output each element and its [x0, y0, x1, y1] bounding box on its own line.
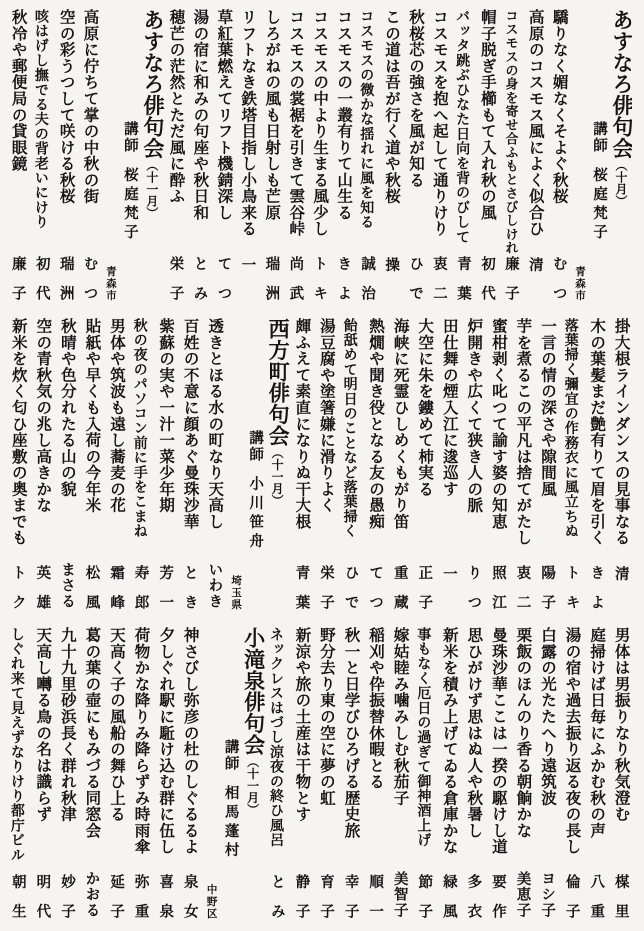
section-title: 小滝泉俳句会（十一月） [238, 627, 264, 919]
haiku-column: 栗飯のほんのり香る朝餉かな 美恵子 [511, 627, 534, 919]
haiku-author: 静子 [294, 874, 309, 919]
haiku-author: 初代 [34, 256, 49, 301]
haiku-text: コスモスの裳裾を引きて雲谷峠 [287, 9, 303, 237]
haiku-column: 秋一と日学びひろげる歴史旅 幸子 [339, 627, 362, 919]
section-title-month: （十一月） [270, 447, 284, 507]
haiku-text: この道は吾が行く道や秋桜 [383, 9, 399, 204]
haiku-author: 松風 [84, 565, 99, 610]
haiku-column: 湯豆腐や塗箸嫌に滑りよく 栄子 [314, 318, 337, 610]
haiku-text: 野分去り東の空に夢の虹 [318, 627, 334, 806]
haiku-column: ネックレスはづし涼夜の終ひ風呂 とみ [265, 627, 288, 919]
haiku-text: 木の葉髪まだ艶有りて眉を引く [588, 318, 604, 546]
haiku-column: 荷物かな降りみ降らずみ時雨傘 弥重 [129, 627, 152, 919]
section-title-text: 小滝泉俳句会 [242, 627, 265, 756]
haiku-text: 湯豆腐や塗箸嫌に滑りよく [318, 318, 334, 513]
haiku-author: 一 [240, 257, 255, 272]
haiku-author: 一 [441, 566, 456, 581]
section-lecturer: 講師桜庭梵子 [585, 9, 606, 301]
haiku-author: てつ [216, 256, 231, 301]
haiku-column: 天高し囀る鳥の名は識らず 明代 [31, 627, 54, 919]
haiku-author: 要作 [490, 874, 505, 919]
haiku-band: 掛大根ラインダンスの見事なる 清 木の葉髪まだ艶有りて眉を引く きよ 落葉掃く彌… [6, 318, 632, 610]
haiku-text: 白露の光たたへり遠筑波 [539, 627, 555, 806]
haiku-text: バッタ跳ぶひなた日向を背のびして [455, 9, 470, 244]
haiku-column: コスモスの微かな揺れに風を知る 誠治 [355, 9, 378, 301]
haiku-column: この道は吾が行く道や秋桜 操 [379, 9, 402, 301]
haiku-column: 新米を炊く匂ひ座敷の奥までも トク [6, 318, 29, 610]
haiku-author: 瑞洲 [58, 256, 73, 301]
section-title-text: あすなろ俳句会 [610, 9, 632, 159]
haiku-author: トキ [312, 256, 327, 301]
haiku-author: 誠治 [360, 256, 375, 301]
haiku-text: 曼珠沙華ここは一揆の駆けし道 [490, 627, 506, 855]
haiku-column: コスモスの一叢有りて山生る きよ [331, 9, 354, 301]
haiku-text: コスモスの中より生まる風少し [311, 9, 327, 237]
haiku-text: 熱燗や聞き役となる友の愚痴 [367, 318, 383, 530]
lecturer-label: 講師 [247, 430, 263, 463]
haiku-column: 葛の葉の壺にもみづる同窓会 かおる [80, 627, 103, 919]
haiku-text: 空の彩うつして咲ける秋桜 [57, 9, 73, 204]
haiku-column: 落葉掃く彌宜の作務衣に風立ちぬ トキ [560, 318, 583, 610]
haiku-author: りつ [466, 565, 481, 610]
section-header: 小滝泉俳句会（十一月） 講師相馬蓬村 中野区 [203, 627, 264, 919]
haiku-column: 高原のコスモス風によく似合ひ 清 [523, 9, 546, 301]
haiku-text: 稲刈や伜振替休暇とる [367, 627, 383, 790]
haiku-column: 野分去り東の空に夢の虹 育子 [314, 627, 337, 919]
haiku-author: 初代 [479, 256, 494, 301]
haiku-text: 穂芒の茫然とただ風に酔ふ [167, 9, 183, 204]
section-place-text: 中野区 [203, 884, 217, 919]
haiku-author: 泉女 [182, 874, 197, 919]
haiku-author: 衷二 [515, 565, 530, 610]
haiku-text: 海峡に死霊ひしめくもがり笛 [391, 318, 407, 530]
section-title-text: 西方町俳句会 [266, 318, 289, 447]
haiku-text: コスモスの微かな揺れに風を知る [360, 9, 375, 230]
haiku-author: 倫子 [564, 874, 579, 919]
haiku-author: むつ [82, 256, 97, 301]
haiku-author: 寿郎 [133, 565, 148, 610]
haiku-author: 栄子 [168, 256, 183, 301]
haiku-column: 新涼や旅の土産は干物とす 静子 [290, 627, 313, 919]
haiku-author: 衷二 [432, 256, 447, 301]
haiku-column: 夕しぐれ駅に駈け込む群に伍し 喜泉 [153, 627, 176, 919]
haiku-author: 陽子 [540, 565, 555, 610]
haiku-author: 喜泉 [158, 874, 173, 919]
haiku-author: トキ [564, 565, 579, 610]
haiku-column: 百姓の不意に顔あぐ曼珠沙華 とき [178, 318, 201, 610]
haiku-author: 清 [613, 566, 628, 581]
haiku-column: 湯の宿や過去振り返る夜の長し 倫子 [560, 627, 583, 919]
section-lecturer: 講師小川笹舟 [241, 318, 262, 610]
section-header: 西方町俳句会（十一月） 講師小川笹舟 埼玉県 [227, 318, 288, 610]
haiku-text: 新米を積み上げてゐる倉庫かな [440, 627, 456, 855]
haiku-author: 妙子 [59, 874, 74, 919]
haiku-column: 稲刈や伜振替休暇とる 順一 [363, 627, 386, 919]
haiku-author: 正子 [417, 565, 432, 610]
haiku-text: 九十九里砂浜長く群れ秋津 [59, 627, 75, 822]
haiku-author: かおる [84, 871, 99, 919]
section-header: あすなろ俳句会（十月） 講師桜庭梵子 青森市 [571, 9, 632, 301]
haiku-text: 驕りなく媚なくそよぐ秋桜 [550, 9, 566, 204]
haiku-author: 青葉 [455, 256, 470, 301]
haiku-text: しろがねの風も日射しも芒原 [263, 9, 279, 221]
haiku-column: 海峡に死霊ひしめくもがり笛 重蔵 [388, 318, 411, 610]
haiku-column: 熱燗や聞き役となる友の愚痴 てつ [363, 318, 386, 610]
haiku-author: 芳一 [158, 565, 173, 610]
haiku-text: 蜜柑剥く叱つて諭す婆の知恵 [490, 318, 506, 530]
section-title-month: （十一月） [145, 159, 159, 219]
haiku-column: 天高く子の風船の舞ひ上る 延子 [104, 627, 127, 919]
haiku-column: 秋の夜のパソコン前に手をこまね 寿郎 [129, 318, 152, 610]
haiku-author: 尚武 [288, 256, 303, 301]
section-place: 中野区 [203, 627, 217, 919]
lecturer-label: 講師 [223, 739, 239, 772]
haiku-author: 明代 [35, 874, 50, 919]
haiku-column: 湯の宿に和みの句座や秋日和 とみ [188, 9, 211, 301]
haiku-text: 栗飯のほんのり香る朝餉かな [514, 627, 530, 839]
haiku-text: コスモスを抱へ起して通りけり [431, 9, 447, 237]
section-place-text: 埼玉県 [227, 575, 241, 610]
haiku-text: リフトなき鉄塔目指し小鳥来る [239, 9, 255, 237]
haiku-author: まさる [59, 562, 74, 610]
lecturer-name: 桜庭梵子 [592, 167, 607, 244]
haiku-column: 神さびし弥彦の杜のしぐるるよ 泉女 [178, 627, 201, 919]
haiku-author: 延子 [109, 874, 124, 919]
haiku-text: 思ひがけず思はぬ人や秋暑し [465, 627, 481, 839]
haiku-author: 弥重 [133, 874, 148, 919]
section-header: あすなろ俳句会（十一月） 講師桜庭梵子 青森市 [102, 9, 163, 301]
haiku-text: 秋冷や郵便局の貸眼鏡 [9, 9, 25, 172]
haiku-column: 秋晴や色分れたる山の貌 まさる [55, 318, 78, 610]
haiku-column: 透きとほる水の町なり天高し いわき [203, 318, 226, 610]
haiku-band: あすなろ俳句会（十月） 講師桜庭梵子 青森市 驕りなく媚なくそよぐ秋桜 むつ 高… [6, 9, 632, 301]
haiku-author: ひで [343, 565, 358, 610]
haiku-author: 楳里 [613, 874, 628, 919]
haiku-author: 廉子 [503, 256, 518, 301]
haiku-column: 炉開きや広くて狭き人の脈 りつ [462, 318, 485, 610]
haiku-text: 大空に朱を鏤めて柿実る [416, 318, 432, 497]
section-title: あすなろ俳句会（十一月） [137, 9, 163, 301]
haiku-author: 八重 [589, 874, 604, 919]
haiku-column: 嫁姑睦み噛みしむ秋茄子 美智子 [388, 627, 411, 919]
haiku-column: 事もなく厄日の過ぎて御神酒上げ 節子 [413, 627, 436, 919]
haiku-text: 神さびし弥彦の杜のしぐるるよ [181, 627, 197, 855]
haiku-text: 秋の夜のパソコン前に手をこまね [133, 318, 148, 539]
haiku-column: 高原に佇ちて掌の中秋の街 むつ [78, 9, 101, 301]
haiku-author: 英雄 [35, 565, 50, 610]
haiku-column: 思ひがけず思はぬ人や秋暑し 多衣 [462, 627, 485, 919]
haiku-text: 庭掃けば日毎にふかむ秋の声 [588, 627, 604, 839]
section-title: 西方町俳句会（十一月） [262, 318, 288, 610]
haiku-text: 草紅葉燃えてリフト機錆深し [215, 9, 231, 221]
haiku-author: 節子 [417, 874, 432, 919]
haiku-column: コスモスの裳裾を引きて雲谷峠 尚武 [284, 9, 307, 301]
haiku-text: 天高く子の風船の舞ひ上る [108, 627, 124, 822]
lecturer-label: 講師 [591, 121, 607, 154]
haiku-column: 芋を煮るこの平凡は捨てがたし 衷二 [511, 318, 534, 610]
haiku-text: 秋一と日学びひろげる歴史旅 [342, 627, 358, 839]
haiku-text: 秋桜芯の強さを風が知る [407, 9, 423, 188]
haiku-author: きよ [589, 565, 604, 610]
haiku-author: 清 [527, 257, 542, 272]
haiku-text: コスモスの身を寄せ合ふもとさびしけれ [504, 9, 518, 255]
haiku-magazine-page: あすなろ俳句会（十月） 講師桜庭梵子 青森市 驕りなく媚なくそよぐ秋桜 むつ 高… [0, 0, 644, 931]
haiku-column: リフトなき鉄塔目指し小鳥来る 一 [236, 9, 259, 301]
lecturer-name: 小川笹舟 [248, 476, 263, 553]
haiku-column: 一言の情の深さや隙間風 陽子 [535, 318, 558, 610]
haiku-author: 栄子 [319, 565, 334, 610]
haiku-column: 貼紙や早くも入荷の今年米 松風 [80, 318, 103, 610]
section-place: 埼玉県 [227, 318, 241, 610]
haiku-column: 空の青秋気の兆し高きかな 英雄 [31, 318, 54, 610]
haiku-column: 九十九里砂浜長く群れ秋津 妙子 [55, 627, 78, 919]
haiku-column: 紫蘇の実や一汁一菜少年期 芳一 [153, 318, 176, 610]
haiku-column: バッタ跳ぶひなた日向を背のびして 青葉 [451, 9, 474, 301]
haiku-author: とみ [269, 874, 284, 919]
haiku-author: 瑞洲 [264, 256, 279, 301]
section-place: 青森市 [571, 9, 585, 301]
haiku-text: 貼紙や早くも入荷の今年米 [83, 318, 99, 513]
haiku-column: しぐれ来て見えずなりけり都庁ビル 朝生 [6, 627, 29, 919]
haiku-text: 湯の宿に和みの句座や秋日和 [191, 9, 207, 221]
haiku-column: 秋冷や郵便局の貸眼鏡 廉子 [6, 9, 29, 301]
haiku-text: 炉開きや広くて狭き人の脈 [465, 318, 481, 513]
haiku-text: 咳はげし撫でる夫の背老いにけり [34, 9, 49, 230]
haiku-column: 白露の光たたへり遠筑波 ヨシ子 [535, 627, 558, 919]
haiku-author: きよ [336, 256, 351, 301]
haiku-column: 蜜柑剥く叱つて諭す婆の知恵 照江 [486, 318, 509, 610]
haiku-author: てつ [368, 565, 383, 610]
haiku-text: 新米を炊く匂ひ座敷の奥までも [9, 318, 25, 546]
haiku-column: 穂芒の茫然とただ風に酔ふ 栄子 [164, 9, 187, 301]
haiku-text: 透きとほる水の町なり天高し [206, 318, 222, 530]
haiku-text: ネックレスはづし涼夜の終ひ風呂 [269, 627, 284, 848]
haiku-column: 皹ふえて素直になりぬ干大根 青葉 [290, 318, 313, 610]
section-lecturer: 講師相馬蓬村 [217, 627, 238, 919]
haiku-column: 飴舐めて明日のことなど落葉掃く ひで [339, 318, 362, 610]
haiku-author: むつ [551, 256, 566, 301]
haiku-text: 高原に佇ちて掌の中秋の街 [81, 9, 97, 204]
haiku-text: 掛大根ラインダンスの見事なる [612, 318, 628, 546]
haiku-text: 新涼や旅の土産は干物とす [293, 627, 309, 822]
haiku-column: 男体や筑波も遠し蕎麦の花 霜峰 [104, 318, 127, 610]
haiku-text: 皹ふえて素直になりぬ干大根 [293, 318, 309, 530]
haiku-author: 照江 [490, 565, 505, 610]
section-title-month: （十月） [614, 159, 628, 207]
haiku-text: しぐれ来て見えずなりけり都庁ビル [10, 627, 25, 862]
haiku-text: 芋を煮るこの平凡は捨てがたし [514, 318, 530, 546]
haiku-text: 夕しぐれ駅に駈け込む群に伍し [157, 627, 173, 855]
haiku-text: 田仕舞の煙入江に逡巡す [440, 318, 456, 497]
haiku-author: 美智子 [392, 871, 407, 919]
haiku-author: 重蔵 [392, 565, 407, 610]
haiku-text: 高原のコスモス風によく似合ひ [526, 9, 542, 237]
haiku-text: 帽子脱ぎ手櫛もて入れ秋の風 [479, 9, 495, 221]
haiku-author: とみ [192, 256, 207, 301]
haiku-text: 紫蘇の実や一汁一菜少年期 [157, 318, 173, 513]
haiku-text: 男体は男振りなり秋気澄む [612, 627, 628, 822]
haiku-author: 朝生 [10, 874, 25, 919]
haiku-text: 男体や筑波も遠し蕎麦の花 [108, 318, 124, 513]
haiku-column: 掛大根ラインダンスの見事なる 清 [609, 318, 632, 610]
haiku-text: コスモスの一叢有りて山生る [335, 9, 351, 221]
haiku-author: 幸子 [343, 874, 358, 919]
haiku-column: 空の彩うつして咲ける秋桜 瑞洲 [54, 9, 77, 301]
section-place-text: 青森市 [102, 266, 116, 301]
haiku-author: 順一 [368, 874, 383, 919]
haiku-author: トク [10, 565, 25, 610]
haiku-column: 草紅葉燃えてリフト機錆深し てつ [212, 9, 235, 301]
haiku-text: 天高し囀る鳥の名は識らず [34, 627, 50, 822]
section-place: 青森市 [102, 9, 116, 301]
haiku-column: 田仕舞の煙入江に逡巡す 一 [437, 318, 460, 610]
haiku-column: 木の葉髪まだ艶有りて眉を引く きよ [584, 318, 607, 610]
haiku-column: 男体は男振りなり秋気澄む 楳里 [609, 627, 632, 919]
haiku-band: 男体は男振りなり秋気澄む 楳里 庭掃けば日毎にふかむ秋の声 八重 湯の宿や過去振… [6, 627, 632, 919]
haiku-column: 秋桜芯の強さを風が知る ひで [403, 9, 426, 301]
haiku-author: 緑風 [441, 874, 456, 919]
haiku-text: 飴舐めて明日のことなど落葉掃く [343, 318, 358, 539]
haiku-author: ヨシ子 [540, 871, 555, 919]
section-lecturer: 講師桜庭梵子 [116, 9, 137, 301]
haiku-column: コスモスの身を寄せ合ふもとさびしけれ 廉子 [499, 9, 522, 301]
lecturer-name: 桜庭梵子 [122, 167, 137, 244]
lecturer-label: 講師 [122, 121, 138, 154]
haiku-column: 驕りなく媚なくそよぐ秋桜 むつ [547, 9, 570, 301]
haiku-text: 百姓の不意に顔あぐ曼珠沙華 [181, 318, 197, 530]
section-title-text: あすなろ俳句会 [141, 9, 164, 159]
haiku-author: 育子 [319, 874, 334, 919]
section-place-text: 青森市 [571, 266, 585, 301]
section-title-month: （十一月） [246, 756, 260, 816]
haiku-author: 青葉 [294, 565, 309, 610]
haiku-author: 霜峰 [109, 565, 124, 610]
haiku-text: 落葉掃く彌宜の作務衣に風立ちぬ [564, 318, 579, 539]
haiku-column: 帽子脱ぎ手櫛もて入れ秋の風 初代 [475, 9, 498, 301]
haiku-text: 一言の情の深さや隙間風 [539, 318, 555, 497]
haiku-column: 咳はげし撫でる夫の背老いにけり 初代 [30, 9, 53, 301]
haiku-author: 操 [384, 257, 399, 272]
haiku-column: 庭掃けば日毎にふかむ秋の声 八重 [584, 627, 607, 919]
haiku-column: 大空に朱を鏤めて柿実る 正子 [413, 318, 436, 610]
haiku-author: とき [182, 565, 197, 610]
haiku-text: 秋晴や色分れたる山の貌 [59, 318, 75, 497]
lecturer-name: 相馬蓬村 [223, 785, 238, 862]
haiku-column: コスモスの中より生まる風少し トキ [308, 9, 331, 301]
haiku-author: 廉子 [10, 256, 25, 301]
haiku-column: 曼珠沙華ここは一揆の駆けし道 要作 [486, 627, 509, 919]
haiku-text: 荷物かな降りみ降らずみ時雨傘 [132, 627, 148, 855]
section-title: あすなろ俳句会（十月） [606, 9, 632, 301]
haiku-text: 嫁姑睦み噛みしむ秋茄子 [391, 627, 407, 806]
haiku-author: ひで [408, 256, 423, 301]
haiku-column: 新米を積み上げてゐる倉庫かな 緑風 [437, 627, 460, 919]
haiku-author: 美恵子 [515, 871, 530, 919]
haiku-text: 葛の葉の壺にもみづる同窓会 [83, 627, 99, 839]
haiku-author: いわき [207, 562, 222, 610]
haiku-text: 事もなく厄日の過ぎて御神酒上げ [417, 627, 432, 848]
haiku-column: しろがねの風も日射しも芒原 瑞洲 [260, 9, 283, 301]
haiku-column: コスモスを抱へ起して通りけり 衷二 [427, 9, 450, 301]
haiku-text: 空の青秋気の兆し高きかな [34, 318, 50, 513]
haiku-text: 湯の宿や過去振り返る夜の長し [563, 627, 579, 855]
haiku-author: 多衣 [466, 874, 481, 919]
